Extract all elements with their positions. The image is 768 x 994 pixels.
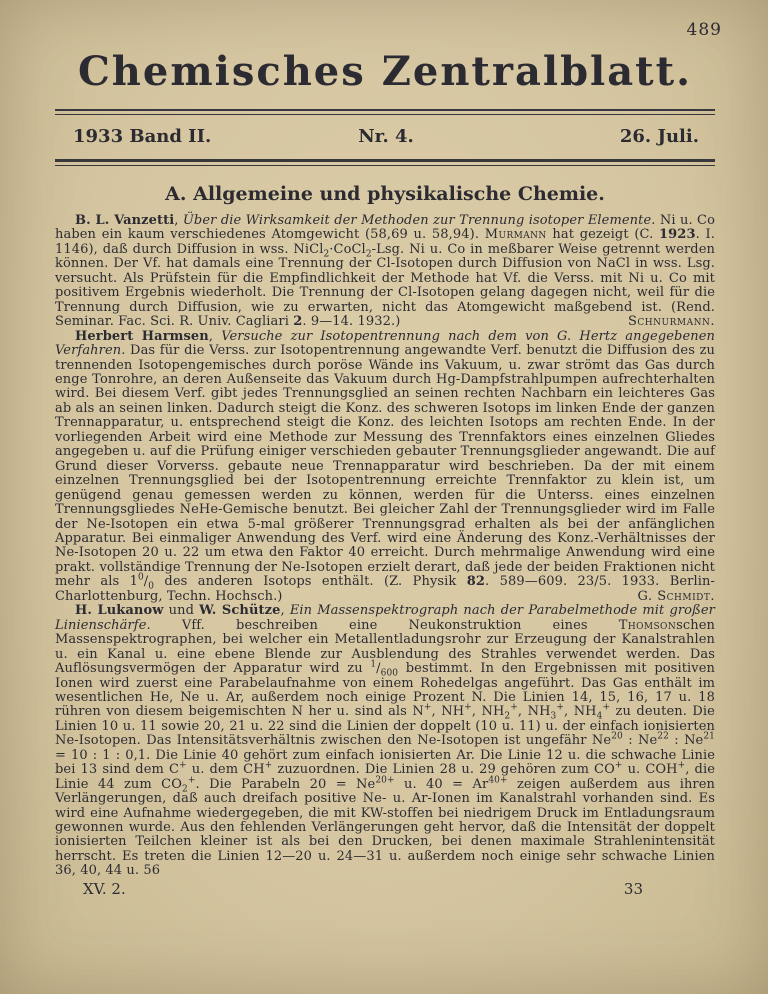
masthead-volume: 1933 Band II. <box>73 126 358 147</box>
section-heading: A. Allgemeine und physikalische Chemie. <box>55 183 715 205</box>
footer-signature-mark: XV. 2. <box>83 880 126 898</box>
masthead-rule-bottom <box>55 159 715 166</box>
scanned-journal-page: 489 Chemisches Zentralblatt. 1933 Band I… <box>0 0 768 994</box>
article-list: B. L. Vanzetti, Über die Wirksamkeit der… <box>55 214 715 879</box>
article-abstract-3: H. Lukanow und W. Schütze, Ein Massenspe… <box>55 604 715 879</box>
reviewer-signature: Schnurmann. <box>608 315 715 329</box>
masthead-issue: Nr. 4. <box>358 126 414 147</box>
footer-sheet-number: 33 <box>624 880 643 898</box>
page-footer: XV. 2. 33 <box>55 880 715 898</box>
page-content: Chemisches Zentralblatt. 1933 Band II. N… <box>55 0 715 898</box>
article-abstract-1: B. L. Vanzetti, Über die Wirksamkeit der… <box>55 214 715 330</box>
masthead-date: 26. Juli. <box>414 126 699 147</box>
masthead: 1933 Band II. Nr. 4. 26. Juli. <box>55 115 715 159</box>
journal-title: Chemisches Zentralblatt. <box>55 48 715 95</box>
reviewer-signature: G. Schmidt. <box>618 590 715 604</box>
article-abstract-2: Herbert Harmsen, Versuche zur Isotopentr… <box>55 330 715 605</box>
